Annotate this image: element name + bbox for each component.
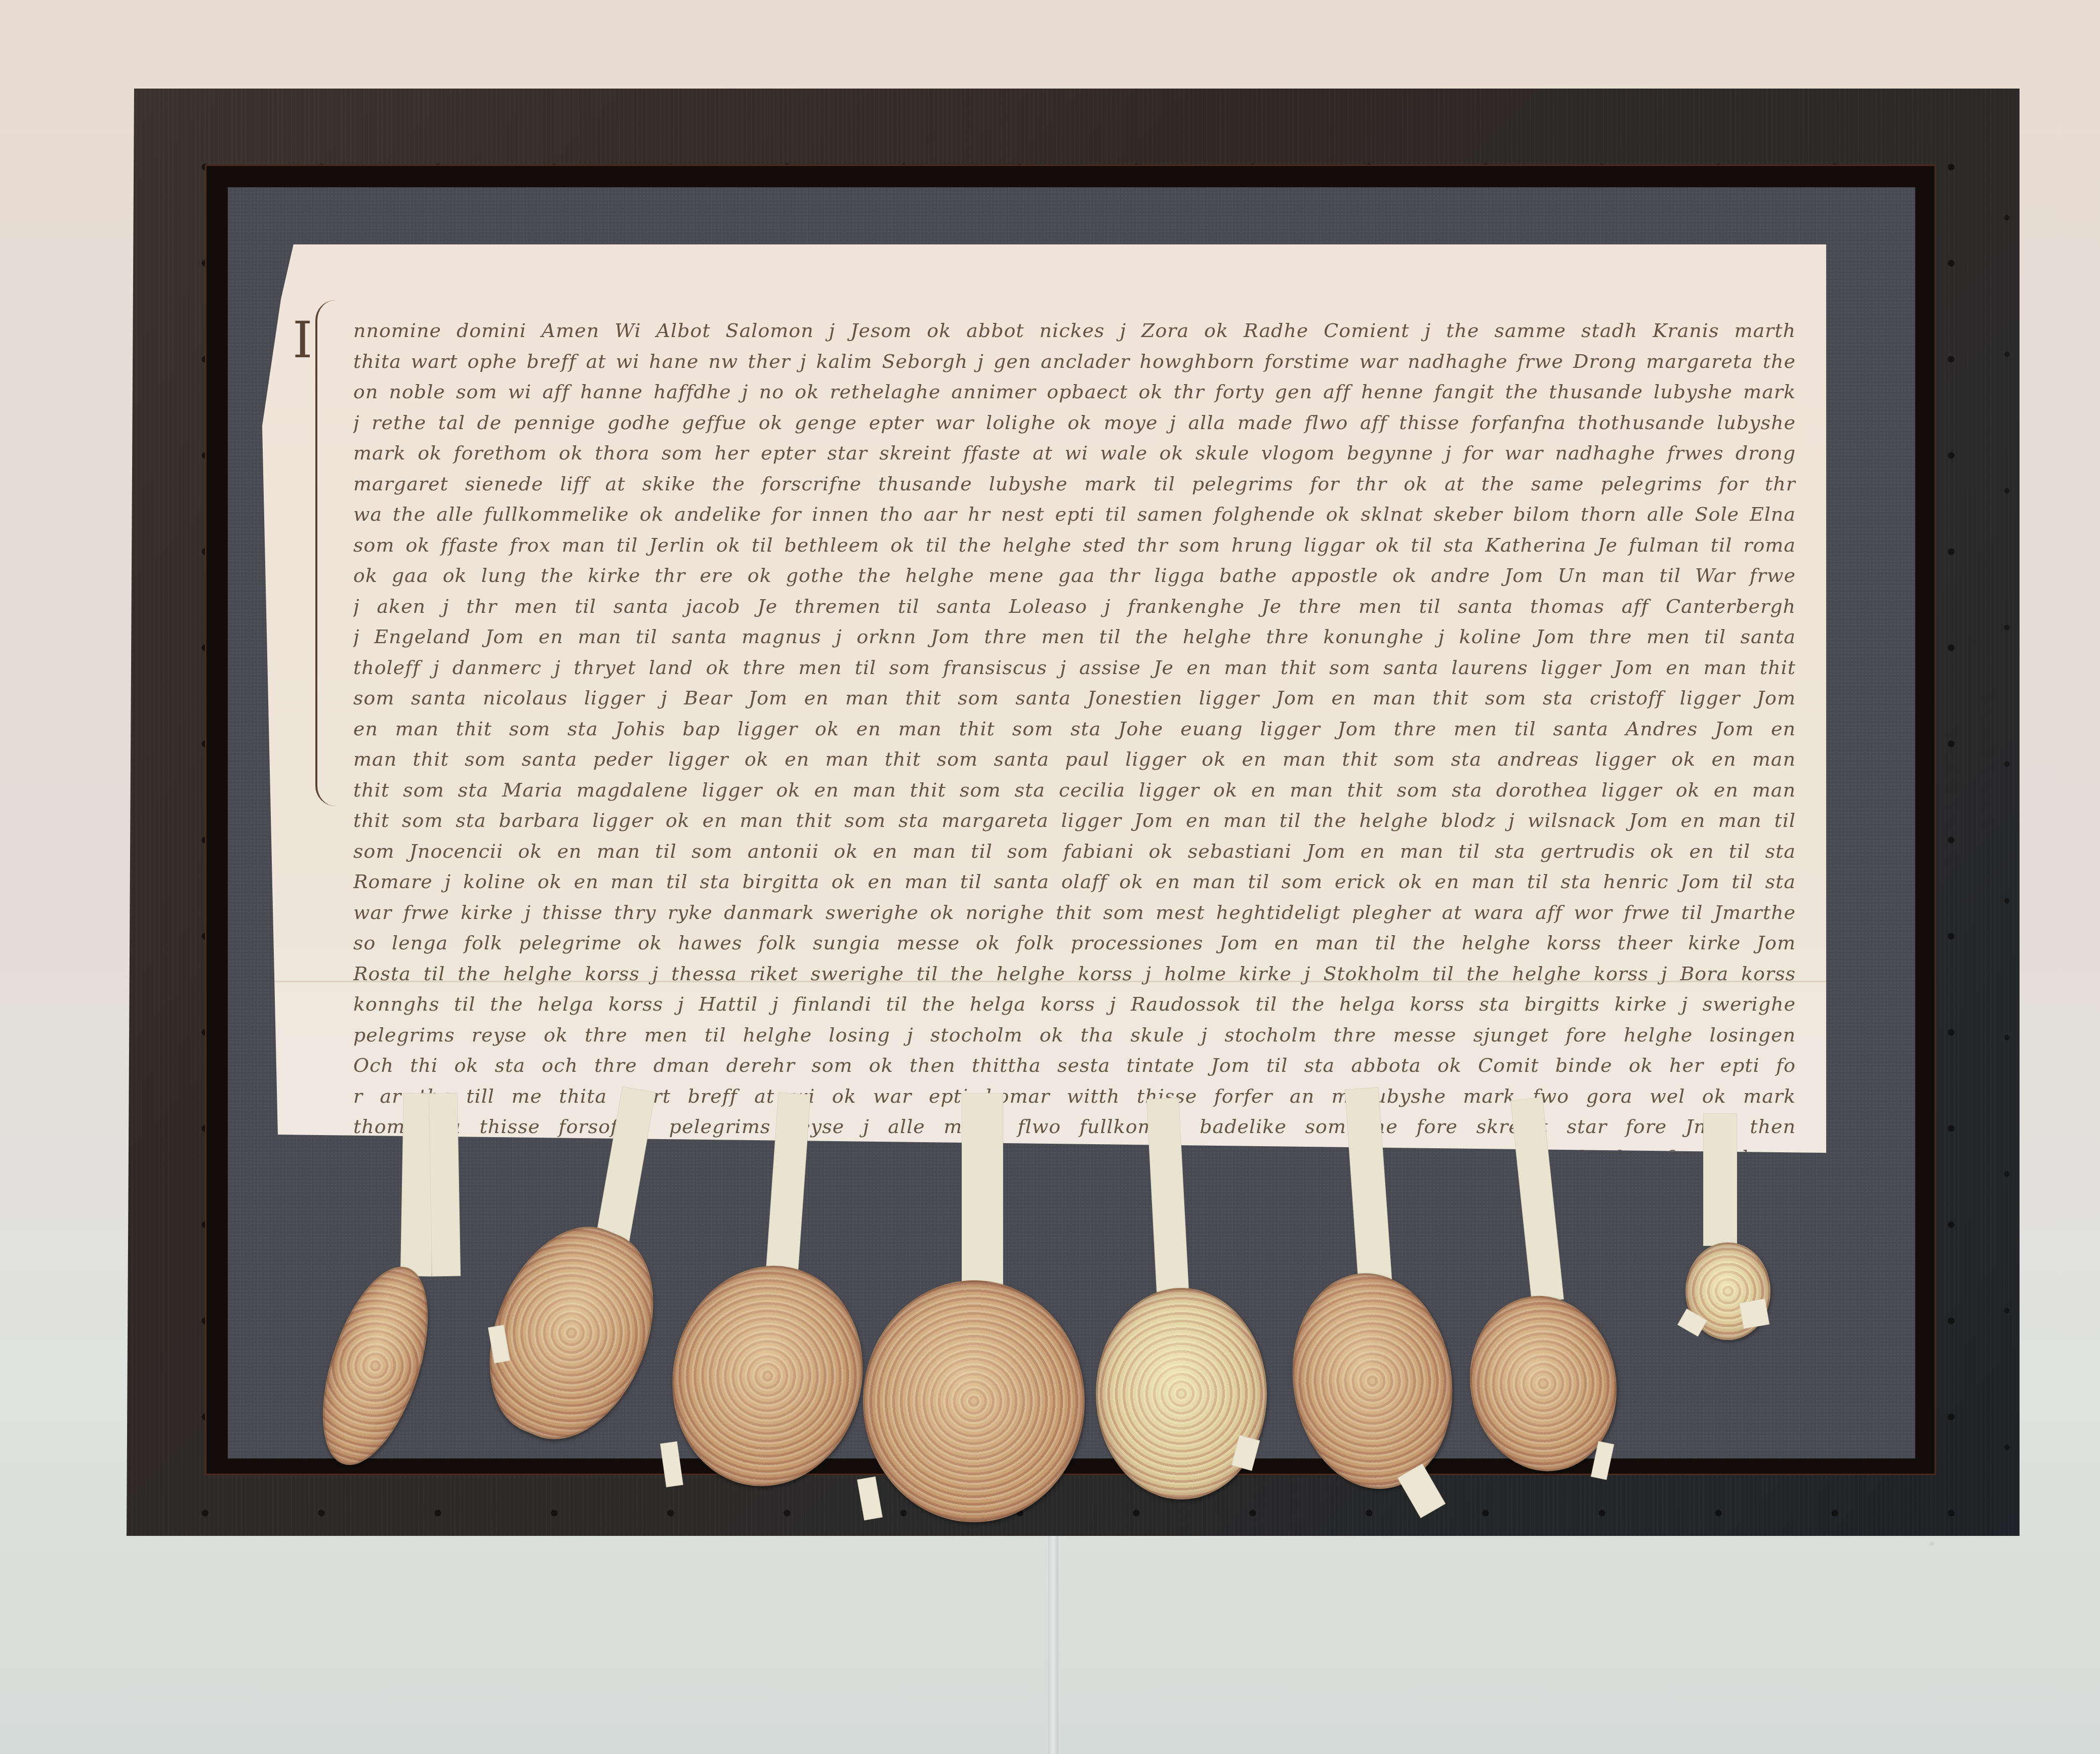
text-line: ok gaa ok lung the kirke thr ere ok goth… [353, 560, 1796, 591]
text-line: thit som sta barbara ligger ok en man th… [353, 805, 1796, 836]
picture-frame: I nnomine domini Amen Wi Albot Salomon j… [127, 89, 2020, 1536]
text-line: so lenga folk pelegrime ok hawes folk su… [353, 928, 1796, 958]
wax-seal-1 [302, 1254, 449, 1477]
text-line: war nadhaghe frwe bo till tror Ok til me… [353, 1234, 1796, 1265]
seal-tail [488, 1325, 510, 1363]
text-line: r ar thr till me thita wart breff at wi … [353, 1081, 1796, 1112]
text-line: som ok ffaste frox man til Jerlin ok til… [353, 530, 1796, 561]
wax-seal-5 [1096, 1288, 1267, 1499]
text-line: war frwe kirke j thisse thry ryke danmar… [353, 897, 1796, 928]
frame-inner-liner: I nnomine domini Amen Wi Albot Salomon j… [205, 164, 1936, 1475]
text-line: Och thi ok sta och thre dman derehr som … [353, 1050, 1796, 1081]
decorated-initial-flourish [315, 300, 353, 806]
text-line: j rethe tal de pennige godhe geffue ok g… [353, 407, 1796, 438]
text-line: nnomine domini Amen Wi Albot Salomon j J… [353, 315, 1796, 346]
grey-mat-board: I nnomine domini Amen Wi Albot Salomon j… [228, 187, 1915, 1458]
seal-tail [1591, 1441, 1614, 1480]
text-line: forsatte tidh swosom ok tho aar hr nest … [353, 1142, 1796, 1173]
parchment-fold-line [262, 981, 1826, 982]
wax-seal-3 [652, 1248, 883, 1504]
wax-seal-2 [461, 1204, 682, 1461]
text-line: wa the alle fullkommelike ok andelike fo… [353, 499, 1796, 530]
text-line: tholeff j danmerc j thryet land ok thre … [353, 652, 1796, 683]
wax-seal-7 [1456, 1284, 1630, 1483]
text-line: m° quadringentesimo Nono Die Conceptioni… [353, 1326, 1796, 1357]
text-line: on noble som wi aff hanne haffdhe j no o… [353, 377, 1796, 407]
wax-seal-6 [1279, 1263, 1466, 1499]
text-line: man thit som santa peder ligger ok en ma… [353, 744, 1796, 775]
text-line: Romare j koline ok en man til sta birgit… [353, 866, 1796, 897]
text-line: thita wart ophe breff at wi hane nw ther… [353, 346, 1796, 377]
text-line: konnghs til the helga korss j Hattil j f… [353, 989, 1796, 1020]
text-line: ok war Jnnsegla hengit fore thetta breff… [353, 1265, 1796, 1296]
text-line: huin ask Soor Och thi loffue wi fore abb… [353, 1173, 1796, 1203]
hanging-cord [1048, 1536, 1058, 1754]
text-line: en man thit som sta Johis bap ligger ok … [353, 714, 1796, 744]
charter-text: nnomine domini Amen Wi Albot Salomon j J… [353, 315, 1796, 1356]
wax-seal-8 [1685, 1242, 1770, 1340]
text-line: thom alla thisse forsoffne pelegrims rey… [353, 1111, 1796, 1142]
text-line: som Jnocencii ok en man til som antonii … [353, 836, 1796, 867]
text-line: som santa nicolaus ligger j Bear Jom en … [353, 683, 1796, 714]
text-line: j aken j thr men til santa jacob Je thre… [353, 591, 1796, 622]
text-line: mark ok forethom ok thora som her epter … [353, 438, 1796, 469]
decorated-initial-letter: I [293, 310, 313, 369]
seal-tail [1677, 1309, 1707, 1337]
text-line: abbot pedhre j ringstadhe hr laurens Bro… [353, 1295, 1796, 1326]
text-line: Rosta til the helghe korss j thessa rike… [353, 958, 1796, 989]
text-line: thit som sta Maria magdalene ligger ok e… [353, 775, 1796, 806]
charter-parchment: I nnomine domini Amen Wi Albot Salomon j… [262, 244, 1826, 1153]
seal-tail [1739, 1299, 1769, 1329]
text-line: margaret sienede liff at skike the forsc… [353, 469, 1796, 499]
text-line: pelegrims reyse ok thre men til helghe l… [353, 1020, 1796, 1051]
seal-tail [1231, 1435, 1260, 1471]
text-line: frumsta at gora ok fulfolghe j alle made… [353, 1203, 1796, 1234]
text-line: j Engeland Jom en man til santa magnus j… [353, 621, 1796, 652]
